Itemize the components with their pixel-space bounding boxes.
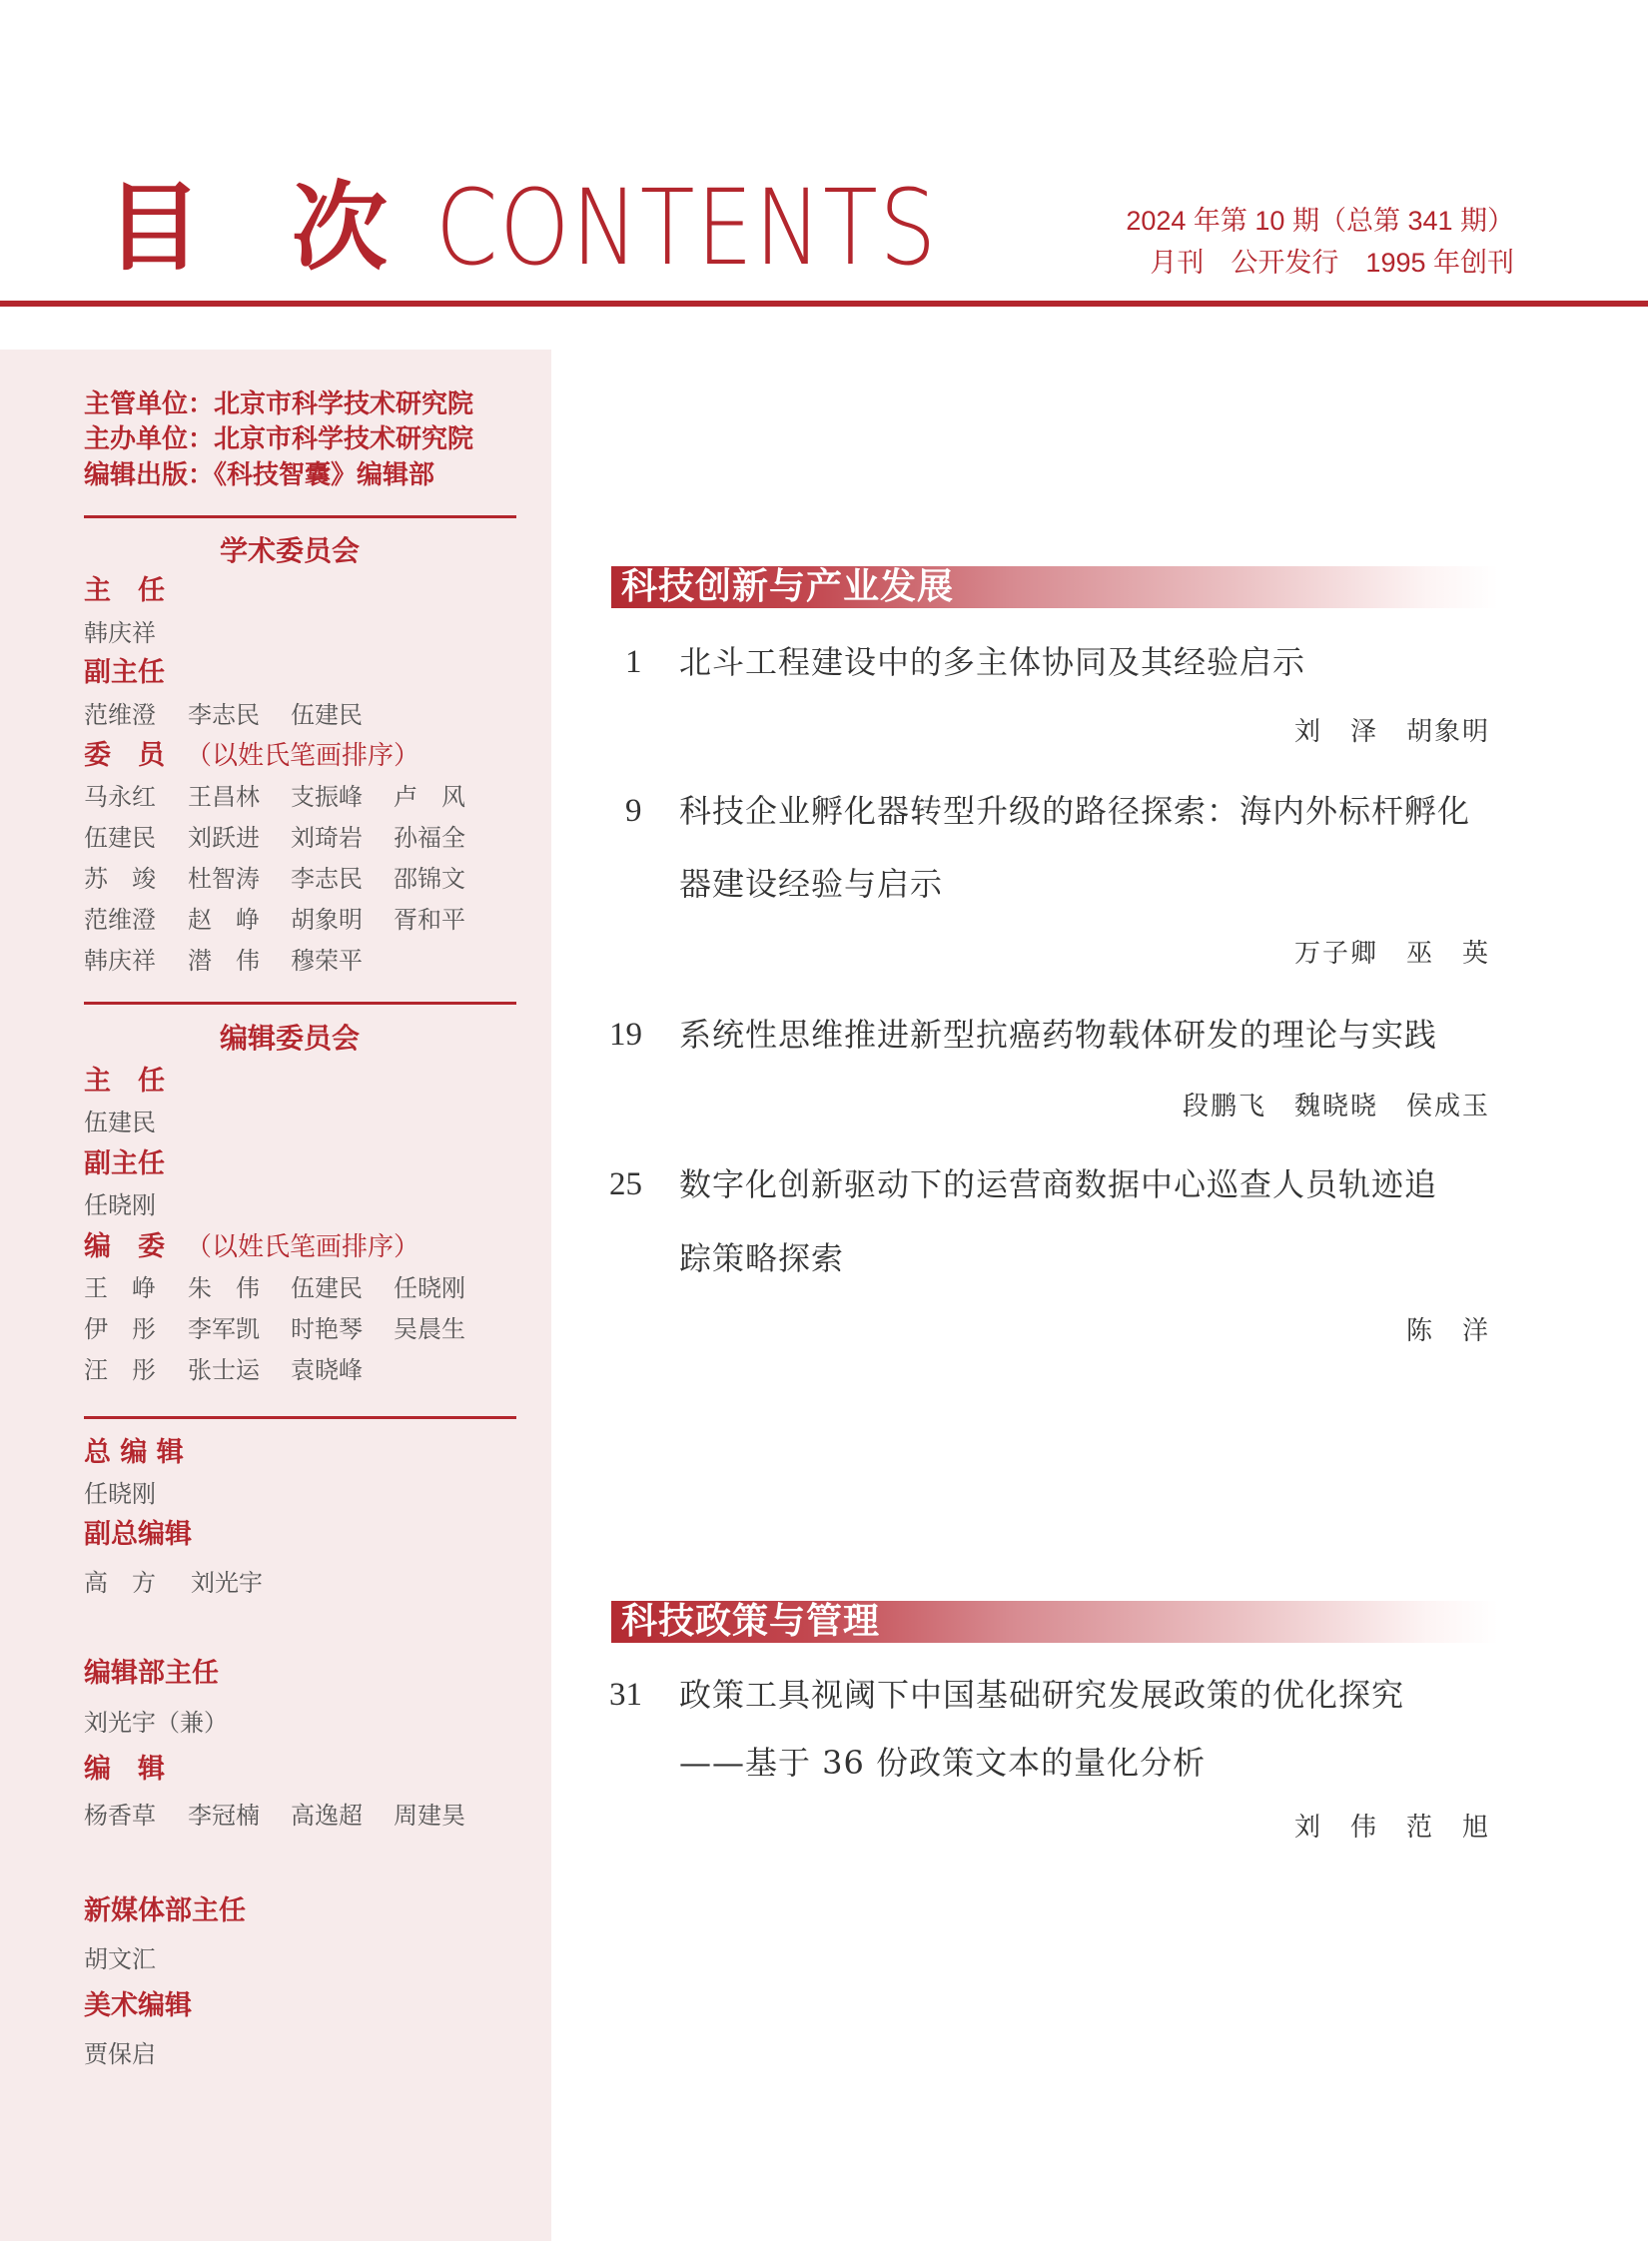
academic-members-label: 委 员 — [84, 741, 165, 771]
academic-member: 胥和平 — [394, 906, 465, 934]
dept-director-label: 编辑部主任 — [84, 1659, 219, 1689]
editorial-committee-heading: 编辑委员会 — [220, 1024, 360, 1054]
article-title-cont[interactable]: 踪策略探索 — [679, 1240, 844, 1276]
section-header-band: 科技政策与管理 — [611, 1601, 1498, 1643]
academic-member: 李志民 — [291, 865, 363, 893]
article-title[interactable]: 系统性思维推进新型抗癌药物载体研发的理论与实践 — [679, 1017, 1437, 1053]
article-subtitle[interactable]: ——基于 36 份政策文本的量化分析 — [679, 1745, 1206, 1781]
academic-deputy-label: 副主任 — [84, 658, 165, 688]
academic-member: 王昌林 — [188, 783, 260, 811]
editorial-member: 李军凯 — [188, 1315, 260, 1343]
article-authors: 万子卿 巫 英 — [1294, 939, 1490, 969]
academic-member: 苏 竣 — [84, 865, 156, 893]
header-rule — [0, 301, 1648, 307]
article-title-cont[interactable]: 器建设经验与启示 — [679, 866, 943, 902]
academic-director: 韩庆祥 — [84, 619, 156, 647]
article-authors: 段鹏飞 魏晓晓 侯成玉 — [1183, 1092, 1490, 1121]
page-number: 31 — [609, 1677, 642, 1713]
editorial-member: 王 峥 — [84, 1274, 156, 1302]
masthead-sidebar — [0, 350, 551, 2241]
editing-publisher: 编辑出版：《科技智囊》编辑部 — [84, 460, 434, 490]
editorial-director: 伍建民 — [84, 1109, 156, 1136]
academic-member: 孙福全 — [394, 824, 465, 852]
title-cn-ci: 次 — [292, 180, 388, 276]
academic-deputy: 伍建民 — [291, 701, 363, 729]
publication-info: 月刊 公开发行 1995 年创刊 — [1150, 248, 1514, 278]
editor-in-chief: 任晓刚 — [84, 1480, 156, 1508]
academic-member: 刘跃进 — [188, 824, 260, 852]
editorial-deputy: 任晓刚 — [84, 1191, 156, 1219]
editorial-members-label: 编 委 — [84, 1232, 165, 1262]
dept-director: 刘光宇（兼） — [84, 1709, 228, 1737]
editor-in-chief-label: 总 编 辑 — [84, 1438, 184, 1468]
editorial-member: 汪 彤 — [84, 1356, 156, 1384]
sidebar-divider — [84, 1416, 516, 1419]
editorial-director-label: 主 任 — [84, 1067, 165, 1097]
art-editor-label: 美术编辑 — [84, 1991, 192, 2021]
section-title: 科技政策与管理 — [621, 1601, 880, 1643]
editorial-member: 朱 伟 — [188, 1274, 260, 1302]
issue-number: 2024 年第 10 期（总第 341 期） — [1126, 206, 1514, 236]
new-media-director: 胡文汇 — [84, 1945, 156, 1973]
article-title[interactable]: 政策工具视阈下中国基础研究发展政策的优化探究 — [679, 1677, 1404, 1713]
article-title[interactable]: 北斗工程建设中的多主体协同及其经验启示 — [679, 644, 1305, 680]
editorial-deputy-label: 副主任 — [84, 1149, 165, 1179]
editorial-member: 张士运 — [188, 1356, 260, 1384]
title-en: CONTENTS — [435, 176, 938, 280]
academic-member: 支振峰 — [291, 783, 363, 811]
supervisor-unit: 主管单位：北京市科学技术研究院 — [84, 389, 473, 419]
deputy-editor: 高 方 — [84, 1569, 156, 1597]
academic-member: 邵锦文 — [394, 865, 465, 893]
editor: 周建昊 — [394, 1802, 465, 1830]
article-authors: 陈 洋 — [1406, 1316, 1490, 1346]
editorial-member: 伍建民 — [291, 1274, 363, 1302]
page-number: 1 — [625, 644, 642, 680]
academic-deputy: 李志民 — [188, 701, 260, 729]
sponsor-unit: 主办单位：北京市科学技术研究院 — [84, 424, 473, 454]
new-media-label: 新媒体部主任 — [84, 1896, 246, 1926]
academic-member: 杜智涛 — [188, 865, 260, 893]
editorial-member: 时艳琴 — [291, 1315, 363, 1343]
page-number: 9 — [625, 793, 642, 829]
academic-member: 伍建民 — [84, 824, 156, 852]
page-number: 19 — [609, 1017, 642, 1053]
deputy-editor-label: 副总编辑 — [84, 1520, 192, 1550]
section-header-band: 科技创新与产业发展 — [611, 566, 1498, 608]
art-editor: 贾保启 — [84, 2040, 156, 2068]
editor: 高逸超 — [291, 1802, 363, 1830]
editors-label: 编 辑 — [84, 1755, 165, 1785]
academic-member: 潜 伟 — [188, 947, 260, 975]
section-title: 科技创新与产业发展 — [621, 566, 954, 608]
sidebar-divider — [84, 1002, 516, 1005]
editorial-member: 袁晓峰 — [291, 1356, 363, 1384]
academic-member: 卢 风 — [394, 783, 465, 811]
academic-members-note: （以姓氏笔画排序） — [186, 741, 419, 771]
academic-member: 马永红 — [84, 783, 156, 811]
academic-member: 赵 峥 — [188, 906, 260, 934]
academic-member: 范维澄 — [84, 906, 156, 934]
article-title[interactable]: 数字化创新驱动下的运营商数据中心巡查人员轨迹追 — [679, 1166, 1437, 1202]
article-title[interactable]: 科技企业孵化器转型升级的路径探索：海内外标杆孵化 — [679, 793, 1470, 829]
academic-deputy: 范维澄 — [84, 701, 156, 729]
editorial-member: 任晓刚 — [394, 1274, 465, 1302]
editorial-members-note: （以姓氏笔画排序） — [186, 1232, 419, 1262]
academic-member: 刘琦岩 — [291, 824, 363, 852]
sidebar-divider — [84, 515, 516, 518]
title-cn-mu: 目 — [106, 180, 202, 276]
editorial-member: 伊 彤 — [84, 1315, 156, 1343]
article-authors: 刘 泽 胡象明 — [1294, 717, 1490, 747]
editorial-member: 吴晨生 — [394, 1315, 465, 1343]
deputy-editor: 刘光宇 — [191, 1569, 263, 1597]
article-authors: 刘 伟 范 旭 — [1294, 1813, 1490, 1843]
academic-director-label: 主 任 — [84, 576, 165, 606]
page-number: 25 — [609, 1166, 642, 1202]
academic-member: 穆荣平 — [291, 947, 363, 975]
editor: 杨香草 — [84, 1802, 156, 1830]
academic-member: 胡象明 — [291, 906, 363, 934]
editor: 李冠楠 — [188, 1802, 260, 1830]
academic-member: 韩庆祥 — [84, 947, 156, 975]
academic-committee-heading: 学术委员会 — [220, 536, 360, 566]
